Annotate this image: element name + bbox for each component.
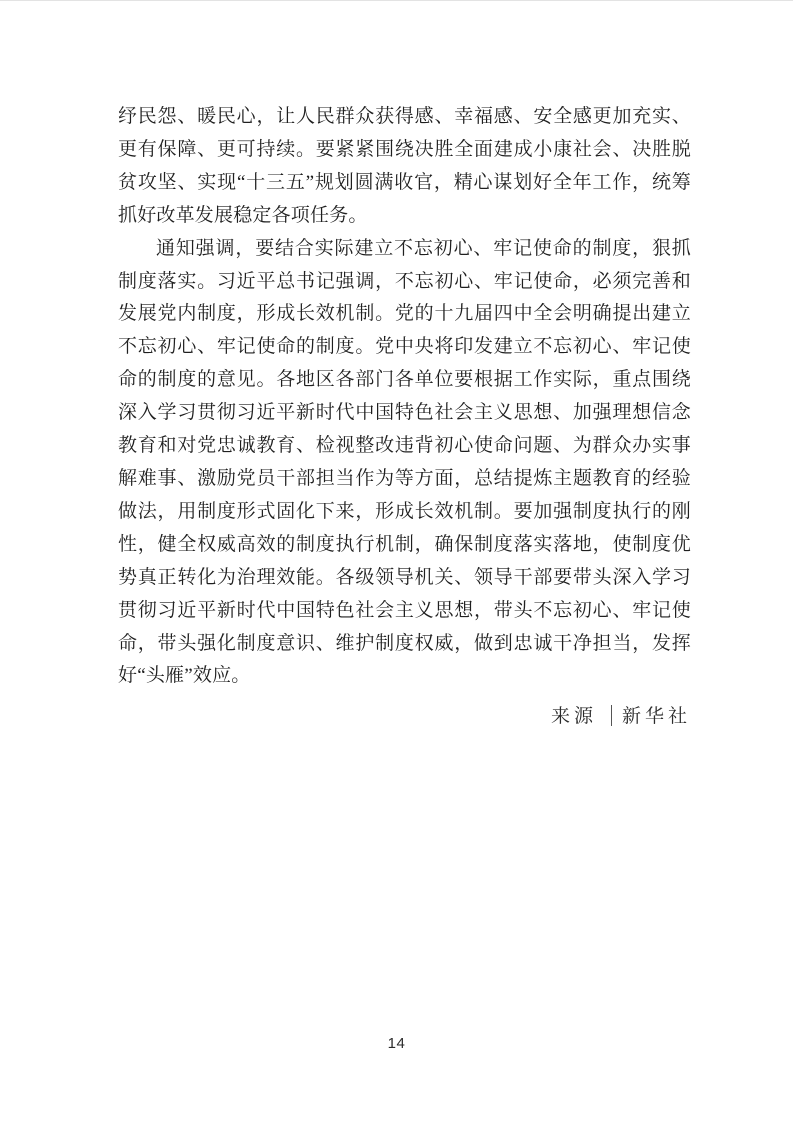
paragraph-notice-emphasis: 通知强调，要结合实际建立不忘初心、牢记使命的制度，狠抓制度落实。习近平总书记强调… xyxy=(118,233,691,694)
paragraph-continuation: 纾民怨、暖民心，让人民群众获得感、幸福感、安全感更加充实、更有保障、更可持续。要… xyxy=(118,101,691,233)
source-attribution: 来源新华社 xyxy=(118,701,691,734)
document-page: 纾民怨、暖民心，让人民群众获得感、幸福感、安全感更加充实、更有保障、更可持续。要… xyxy=(0,0,793,1122)
vertical-divider xyxy=(611,705,612,726)
source-label: 来源 xyxy=(551,706,597,727)
page-number: 14 xyxy=(0,1035,793,1052)
page-body-text: 纾民怨、暖民心，让人民群众获得感、幸福感、安全感更加充实、更有保障、更可持续。要… xyxy=(118,101,691,734)
source-name: 新华社 xyxy=(622,706,691,727)
